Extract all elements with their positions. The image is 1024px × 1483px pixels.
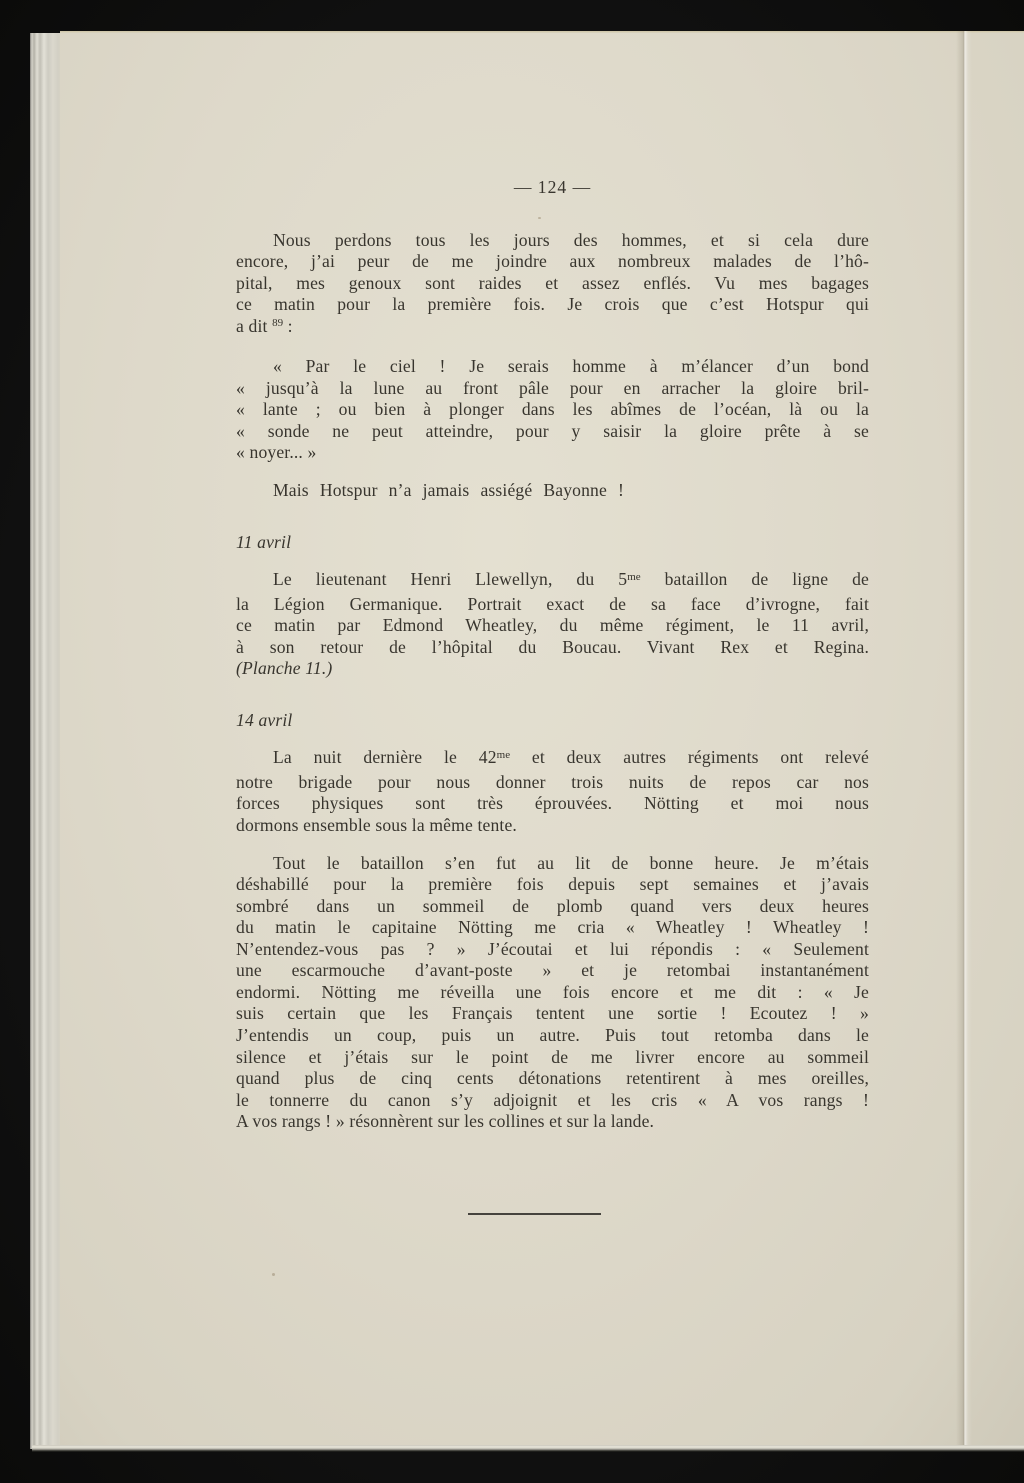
text-line: la Légion Germanique. Portrait exact de … (236, 594, 869, 616)
text-line: Le lieutenant Henri Llewellyn, du 5me ba… (236, 569, 869, 594)
page-crease (956, 31, 972, 1446)
text-line: silence et j’étais sur le point de me li… (236, 1047, 869, 1069)
superscript: me (627, 571, 640, 583)
text-line: endormi. Nötting me réveilla une fois en… (236, 982, 869, 1004)
text-line: à son retour de l’hôpital du Boucau. Viv… (236, 637, 869, 659)
text-line: « Par le ciel ! Je serais homme à m’élan… (236, 356, 869, 378)
content-host: Nous perdons tous les jours des hommes, … (236, 230, 869, 1215)
paragraph-11-avril: Le lieutenant Henri Llewellyn, du 5me ba… (236, 569, 869, 680)
text-line: forces physiques sont très éprouvées. Nö… (236, 793, 869, 815)
text-line: ce matin pour la première fois. Je crois… (236, 294, 869, 316)
paragraph-14-avril-2: Tout le bataillon s’en fut au lit de bon… (236, 853, 869, 1133)
text-block: — 124 — Nous perdons tous les jours des … (236, 177, 869, 1215)
text-line: déshabillé pour la première fois depuis … (236, 874, 869, 896)
page-number: — 124 — (236, 177, 869, 199)
text-line: Nous perdons tous les jours des hommes, … (236, 230, 869, 252)
superscript: 89 (272, 317, 283, 329)
text-line: N’entendez-vous pas ? » J’écoutai et lui… (236, 939, 869, 961)
text-line: une escarmouche d’avant-poste » et je re… (236, 960, 869, 982)
text-line: encore, j’ai peur de me joindre aux nomb… (236, 251, 869, 273)
book-page: — 124 — Nous perdons tous les jours des … (30, 31, 1024, 1452)
text-line: La nuit dernière le 42me et deux autres … (236, 747, 869, 772)
text-line: notre brigade pour nous donner trois nui… (236, 772, 869, 794)
paper-speck (272, 1273, 275, 1276)
page-stack-left-edges (30, 33, 62, 1449)
superscript: me (497, 749, 510, 761)
page-stack-bottom-edges (32, 1445, 1024, 1452)
page-top-edge (60, 31, 1024, 33)
text-line: A vos rangs ! » résonnèrent sur les coll… (236, 1111, 869, 1133)
text-line: « jusqu’à la lune au front pâle pour en … (236, 378, 869, 400)
text-line: « noyer... » (236, 442, 869, 464)
text-line: Tout le bataillon s’en fut au lit de bon… (236, 853, 869, 875)
paragraph-14-avril-1: La nuit dernière le 42me et deux autres … (236, 747, 869, 836)
paragraph-intro: Nous perdons tous les jours des hommes, … (236, 230, 869, 341)
text-line: Mais Hotspur n’a jamais assiégé Bayonne … (236, 480, 869, 502)
paragraph-hotspur: Mais Hotspur n’a jamais assiégé Bayonne … (236, 480, 869, 502)
text-line: sombré dans un sommeil de plomb quand ve… (236, 896, 869, 918)
text-line: le tonnerre du canon s’y adjoignit et le… (236, 1090, 869, 1112)
text-line: pital, mes genoux sont raides et assez e… (236, 273, 869, 295)
text-line: dormons ensemble sous la même tente. (236, 815, 869, 837)
text-line: (Planche 11.) (236, 658, 869, 680)
text-line: ce matin par Edmond Wheatley, du même ré… (236, 615, 869, 637)
date-heading-11-avril: 11 avril (236, 532, 869, 554)
text-line: « lante ; ou bien à plonger dans les abî… (236, 399, 869, 421)
text-line: J’entendis un coup, puis un autre. Puis … (236, 1025, 869, 1047)
text-line: « sonde ne peut atteindre, pour y saisir… (236, 421, 869, 443)
text-line: du matin le capitaine Nötting me cria « … (236, 917, 869, 939)
paragraph-quote: « Par le ciel ! Je serais homme à m’élan… (236, 356, 869, 464)
section-divider (468, 1213, 601, 1215)
page-sheet: — 124 — Nous perdons tous les jours des … (60, 31, 1024, 1446)
text-line: suis certain que les Français tentent un… (236, 1003, 869, 1025)
text-line: a dit 89 : (236, 316, 869, 341)
date-heading-14-avril: 14 avril (236, 710, 869, 732)
text-line: quand plus de cinq cents détonations ret… (236, 1068, 869, 1090)
